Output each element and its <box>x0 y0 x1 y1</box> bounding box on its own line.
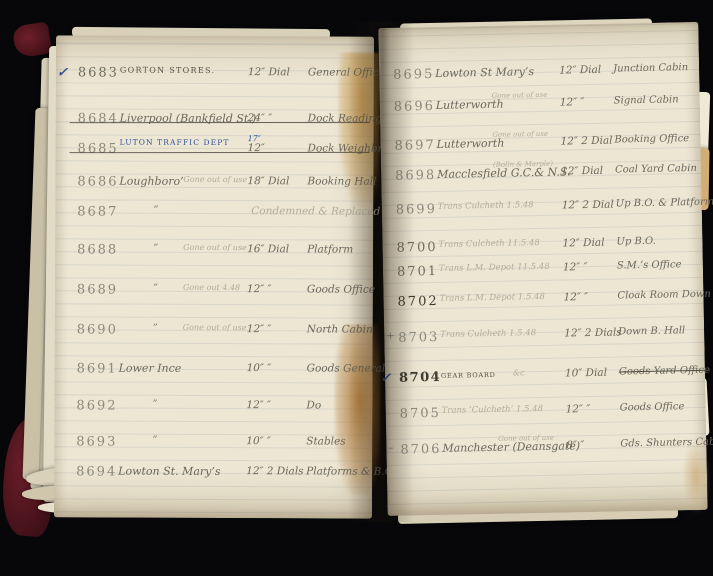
ledger-row-8695: 8695Lowton St Mary’s12″ DialJunction Cab… <box>379 62 699 86</box>
ledger-row-8704: ✓8704GEAR BOARD&c10″ DialGoods Yard Offi… <box>385 365 705 389</box>
dial-size: 12″ ″ <box>563 291 588 303</box>
entry-number: 8699 <box>396 202 437 218</box>
dial-size: 12″ ″ <box>566 403 591 415</box>
dial-correction: 17″ <box>248 134 261 143</box>
station-name: Loughboro’ <box>119 175 183 188</box>
location: Booking Hall <box>307 175 376 187</box>
pencil-note: &c <box>513 368 525 377</box>
location: Signal Cabin <box>614 94 679 106</box>
ledger-row-8688: 8688”Gone out of use16″ DialPlatform <box>55 242 373 261</box>
location: S.M.’s Office <box>617 259 682 271</box>
location: Platform <box>307 243 353 255</box>
pencil-note: Gone out of use <box>183 175 247 184</box>
pencil-note: Gone out of use <box>183 243 247 252</box>
ledger-row-8685: 8685LUTON TRAFFIC DEPT12″17″Dock Weighbr… <box>56 141 374 160</box>
station-name: GORTON STORES. <box>120 66 215 75</box>
pencil-note: Gone out 4.48 <box>183 283 240 292</box>
entry-number: 8687 <box>77 204 118 219</box>
margin-mark: + <box>386 331 395 342</box>
entry-number: 8689 <box>77 282 118 297</box>
station-name: Lowton St Mary’s <box>435 65 534 80</box>
location: Platforms & B.O. <box>306 465 396 477</box>
entry-number: 8702 <box>397 294 438 310</box>
location: Up B.O. & Platforms <box>616 197 713 210</box>
pencil-note: Trans Culcheth 1.5.48 <box>438 200 534 212</box>
dial-size: 18″ Dial <box>247 175 289 187</box>
entry-number: 8688 <box>77 242 118 257</box>
entry-number: 8684 <box>78 111 119 126</box>
location: Stables <box>306 435 345 447</box>
ledger-row-8693: 8693”10″ ″Stables <box>54 434 372 453</box>
entry-number: 8705 <box>400 406 441 422</box>
dial-size: 10″ ″ <box>246 435 271 447</box>
dial-size: 8″ ″ <box>566 439 584 451</box>
ledger-row-8687: 8687”Condemned & Replaced <box>55 204 373 223</box>
ledger-row-8703: +8703Trans Culcheth 1.5.4812″ 2 DialsDow… <box>384 325 704 349</box>
margin-mark: – <box>388 443 393 454</box>
check-icon: ✓ <box>56 65 71 80</box>
photograph-of-clock-register: { "colors": { "background": "#07070a", "… <box>0 0 713 576</box>
station-name: LUTON TRAFFIC DEPT <box>120 138 230 147</box>
location: Gds. Shunters Cabin <box>620 436 713 449</box>
location: North Cabin <box>307 323 373 335</box>
entry-number: 8692 <box>76 398 117 413</box>
station-name: ” <box>153 323 158 334</box>
book-cover-corner-bottom-left <box>0 416 59 538</box>
ledger-row-8697: 8697LutterworthGone out of use12″ 2 Dial… <box>380 133 700 157</box>
entry-number: 8703 <box>398 330 439 346</box>
location: Junction Cabin <box>613 62 688 74</box>
dial-size: 12″ ″ <box>563 261 588 273</box>
ledger-row-8702: 8702Trans L.M. Depot 1.5.4812″ ″Cloak Ro… <box>383 289 703 313</box>
ledger-row-8689: 8689”Gone out 4.4812″ ″Goods Office <box>55 282 373 301</box>
entry-number: 8706 <box>400 442 441 458</box>
dial-size: 24″ ″ <box>248 112 273 124</box>
pencil-note: (Bolln & Marple) <box>493 160 553 169</box>
location: Goods Yard Office <box>619 365 710 378</box>
entry-number: 8701 <box>397 264 438 280</box>
entry-number: 8698 <box>395 168 436 184</box>
dial-size: 12″ Dial <box>559 64 601 77</box>
ledger-row-8684: 8684Liverpool (Bankfield St.)24″ ″Dock R… <box>56 111 374 130</box>
location: Do <box>306 399 321 411</box>
check-icon: ✓ <box>379 371 393 386</box>
ledger-row-8700: 8700Trans Culcheth 11.5.4812″ DialUp B.O… <box>382 235 702 259</box>
dial-size: 12″ 2 Dials <box>564 326 622 339</box>
location: Coal Yard Cabin <box>615 163 697 176</box>
station-name: Lower Ince <box>119 362 182 375</box>
entry-number: 8696 <box>394 99 435 115</box>
entry-number: 8700 <box>396 240 437 256</box>
station-name: ” <box>152 399 157 410</box>
ledger-row-8690: 8690”Gone out of use12″ ″North Cabin <box>55 322 373 341</box>
entry-number: 8690 <box>77 322 118 337</box>
ledger-photo: ✓8683GORTON STORES.12″ DialGeneral Offic… <box>0 0 713 576</box>
dial-size: 12″ Dial <box>248 66 290 78</box>
location: Up B.O. <box>616 236 656 248</box>
location: Booking Office <box>614 133 689 145</box>
location: Cloak Room Down Side <box>617 288 713 301</box>
location: Goods Office <box>307 283 375 295</box>
entry-number: 8694 <box>76 464 117 479</box>
ledger-row-8692: 8692”12″ ″Do <box>54 398 372 417</box>
entry-number: 8686 <box>77 174 118 189</box>
entry-number: 8691 <box>77 361 118 376</box>
ledger-row-8699: 8699Trans Culcheth 1.5.4812″ 2 DialUp B.… <box>382 197 702 221</box>
entry-number: 8693 <box>76 434 117 449</box>
entry-number: 8695 <box>393 67 434 83</box>
ledger-row-8683: ✓8683GORTON STORES.12″ DialGeneral Offic… <box>56 65 374 84</box>
ledger-row-8706: –8706Manchester (Deansgate)Gone out of u… <box>386 437 706 461</box>
page-stack-edge <box>23 108 52 480</box>
ledger-row-8705: 8705Trans ‘Culcheth’ 1.5.4812″ ″Goods Of… <box>386 401 706 425</box>
entry-number: 8683 <box>78 65 119 80</box>
location: Goods Office <box>620 401 685 413</box>
dial-size: 12″ 2 Dial <box>560 135 612 148</box>
entry-number: 8685 <box>78 141 119 156</box>
pencil-note: Trans ‘Culcheth’ 1.5.48 <box>442 404 544 416</box>
station-name: ” <box>153 243 158 254</box>
dial-size: 12″ 2 Dials <box>246 465 303 477</box>
ledger-row-8694: 8694Lowton St. Mary’s12″ 2 DialsPlatform… <box>54 464 372 483</box>
station-name: ” <box>153 205 158 216</box>
location: General Office <box>308 66 385 78</box>
location: Condemned & Replaced <box>251 205 380 218</box>
location: Down B. Hall <box>618 325 685 337</box>
station-name: GEAR BOARD <box>441 371 496 380</box>
dial-size: 16″ Dial <box>247 243 289 255</box>
book-cover-corner-top-left <box>12 21 53 58</box>
dial-size: 12″ 2 Dial <box>562 199 614 212</box>
dial-size: 12″ Dial <box>561 165 603 178</box>
ledger-left-page: ✓8683GORTON STORES.12″ DialGeneral Offic… <box>54 35 374 518</box>
pencil-note: Trans L.M. Depot 11.5.48 <box>439 262 550 274</box>
dial-size: 10″ Dial <box>565 367 607 380</box>
ledger-row-8691: 8691Lower Ince10″ ″Goods General Office <box>55 361 373 380</box>
pencil-note: Gone out of use <box>498 434 554 443</box>
dial-size: 10″ ″ <box>247 362 272 374</box>
ledger-row-8696: 8696LutterworthGone out of use12″ ″Signa… <box>380 94 700 118</box>
pencil-note: Trans Culcheth 11.5.48 <box>438 238 540 250</box>
ledger-row-8698: 8698Macclesfield G.C.& N.S.(Bolln & Marp… <box>381 163 701 187</box>
station-name: ” <box>153 283 158 294</box>
dial-size: 12″ ″ <box>560 96 585 108</box>
entry-number: 8697 <box>394 138 435 154</box>
dial-size: 12″ ″ <box>246 399 271 411</box>
pencil-note: Gone out of use <box>492 91 548 100</box>
station-name: Lowton St. Mary’s <box>118 465 220 478</box>
ledger-right-page: 8695Lowton St Mary’s12″ DialJunction Cab… <box>378 22 707 516</box>
station-name: ” <box>152 435 157 446</box>
ledger-row-8701: 8701Trans L.M. Depot 11.5.4812″ ″S.M.’s … <box>383 259 703 283</box>
pencil-note: Gone out of use <box>492 130 548 139</box>
dial-size: 12″ Dial <box>562 237 604 250</box>
pencil-note: Trans Culcheth 1.5.48 <box>440 328 536 340</box>
station-name: Liverpool (Bankfield St.) <box>120 112 256 126</box>
pencil-note: Trans L.M. Depot 1.5.48 <box>439 292 545 304</box>
pencil-note: Gone out of use <box>183 323 247 332</box>
ledger-row-8686: 8686Loughboro’Gone out of use18″ DialBoo… <box>55 174 373 193</box>
entry-number: 8704 <box>399 370 441 386</box>
dial-size: 12″ ″ <box>247 323 272 335</box>
dial-size: 12″ ″ <box>247 283 272 295</box>
dial-size: 12″ <box>248 142 265 154</box>
